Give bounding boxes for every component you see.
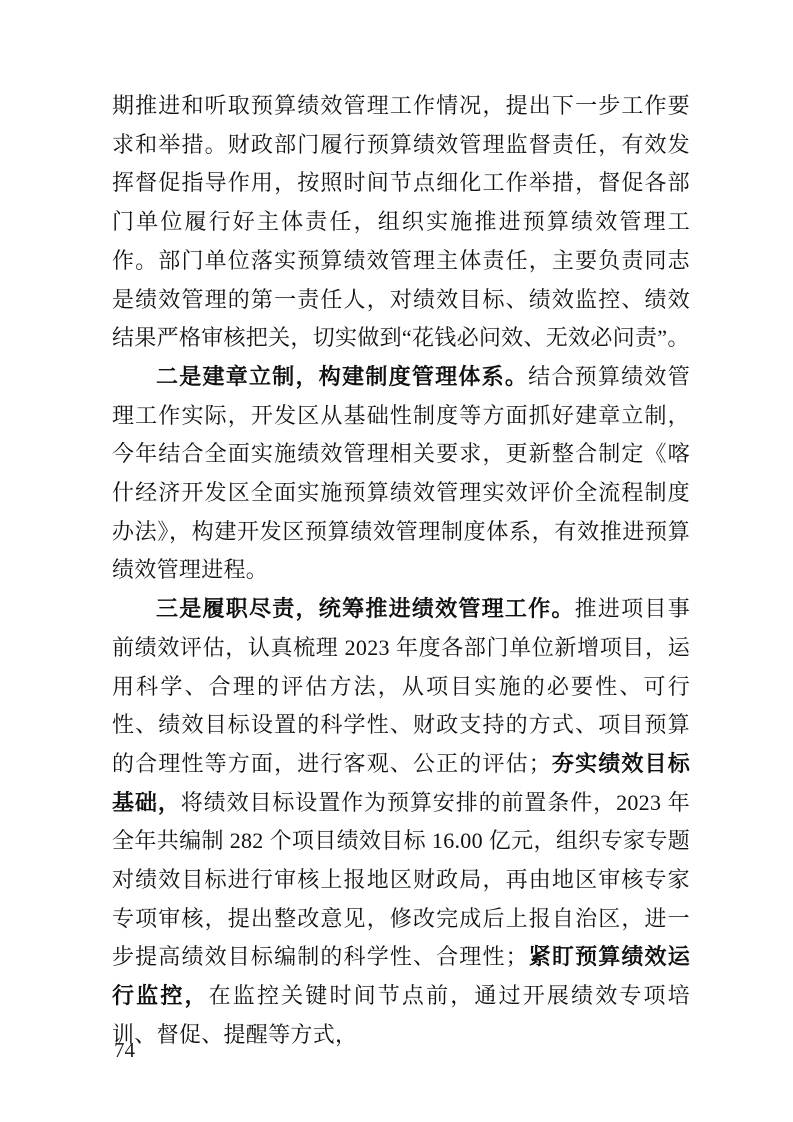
- text-run: 结合预算绩效管理工作实际，开发区从基础性制度等方面抓好建章立制，今年结合全面实施…: [112, 364, 690, 583]
- paragraph-section-two: 二是建章立制，构建制度管理体系。结合预算绩效管理工作实际，开发区从基础性制度等方…: [112, 358, 690, 590]
- text-run: 期推进和听取预算绩效管理工作情况，提出下一步工作要求和举措。财政部门履行预算绩效…: [112, 93, 690, 350]
- text-run: 将绩效目标设置作为预算安排的前置条件，2023 年全年共编制 282 个项目绩效…: [112, 790, 690, 970]
- text-run: 推进项目事前绩效评估，认真梳理 2023 年度各部门单位新增项目，运用科学、合理…: [112, 596, 690, 776]
- section-heading-bold-run: 二是建章立制，构建制度管理体系。: [156, 364, 528, 389]
- document-page: 期推进和听取预算绩效管理工作情况，提出下一步工作要求和举措。财政部门履行预算绩效…: [0, 0, 793, 1122]
- section-heading-bold-run: 三是履职尽责，统筹推进绩效管理工作。: [156, 596, 575, 621]
- paragraph-section-three: 三是履职尽责，统筹推进绩效管理工作。推进项目事前绩效评估，认真梳理 2023 年…: [112, 590, 690, 1054]
- paragraph-continuation: 期推进和听取预算绩效管理工作情况，提出下一步工作要求和举措。财政部门履行预算绩效…: [112, 87, 690, 358]
- page-content: 期推进和听取预算绩效管理工作情况，提出下一步工作要求和举措。财政部门履行预算绩效…: [112, 87, 690, 1055]
- page-number: 74: [114, 1038, 135, 1062]
